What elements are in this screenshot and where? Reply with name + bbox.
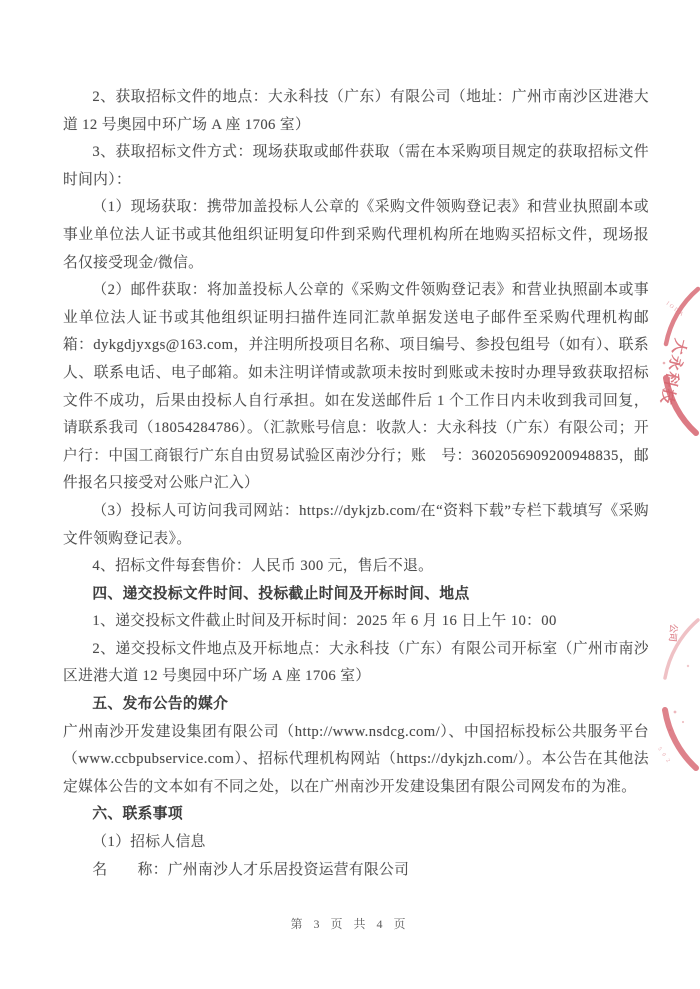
page-number: 第 3 页 共 4 页	[290, 917, 409, 931]
seal-rim-arc	[665, 620, 698, 678]
paragraph: 名 称：广州南沙人才乐居投资运营有限公司	[63, 857, 649, 885]
paragraph: 广州南沙开发建设集团有限公司（http://www.nsdcg.com/）、中国…	[63, 719, 649, 802]
seal-rim-text: IODA	[665, 301, 686, 319]
section-heading: 五、发布公告的媒介	[63, 691, 649, 719]
seal-ink-speck	[663, 362, 666, 365]
section-heading: 六、联系事项	[63, 801, 649, 829]
paragraph: 1、递交投标文件截止时间及开标时间：2025 年 6 月 16 日上午 10：0…	[63, 608, 649, 636]
section-heading: 四、递交投标文件时间、投标截止时间及开标时间、地点	[63, 581, 649, 609]
paragraph: （1）现场获取：携带加盖投标人公章的《采购文件领购登记表》和营业执照副本或事业单…	[63, 194, 649, 277]
seal-digits: 5 0 2	[656, 746, 672, 765]
red-seal-fragment-bottom: 公司 5 0 2	[648, 604, 700, 786]
red-seal-fragment-top: IODA 大永科技	[652, 286, 700, 436]
paragraph: （1）招标人信息	[63, 829, 649, 857]
paragraph: 4、招标文件每套售价：人民币 300 元，售后不退。	[63, 553, 649, 581]
seal-rim-arc	[665, 710, 696, 768]
seal-ink-speck	[669, 729, 671, 731]
seal-company-text: 大永科技	[657, 337, 691, 408]
document-page: 2、获取招标文件的地点：大永科技（广东）有限公司（地址：广州市南沙区进港大道 1…	[0, 0, 700, 989]
paragraph: 2、递交投标文件地点及开标地点：大永科技（广东）有限公司开标室（广州市南沙区进港…	[63, 636, 649, 691]
paragraph: （2）邮件获取：将加盖投标人公章的《采购文件领购登记表》和营业执照副本或事业单位…	[63, 277, 649, 498]
page-footer: 第 3 页 共 4 页	[0, 915, 700, 932]
seal-company-text: 公司	[667, 624, 680, 643]
paragraph: 2、获取招标文件的地点：大永科技（广东）有限公司（地址：广州市南沙区进港大道 1…	[63, 84, 649, 139]
document-body: 2、获取招标文件的地点：大永科技（广东）有限公司（地址：广州市南沙区进港大道 1…	[63, 84, 649, 884]
paragraph: 3、获取招标文件方式：现场获取或邮件获取（需在本采购项目规定的获取招标文件时间内…	[63, 139, 649, 194]
seal-ink-speck	[687, 665, 689, 667]
seal-ink-speck	[682, 721, 684, 723]
paragraph: （3）投标人可访问我司网站：https://dykjzb.com/在“资料下载”…	[63, 498, 649, 553]
seal-rim-arc	[666, 289, 698, 344]
seal-rim-arc	[666, 378, 696, 433]
seal-ink-speck	[674, 711, 677, 714]
